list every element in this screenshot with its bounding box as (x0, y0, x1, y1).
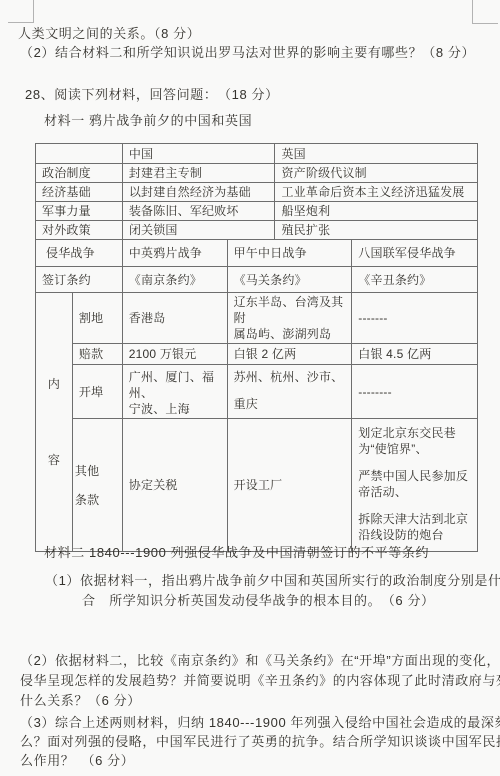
material-2-caption: 材料二 1840---1900 列强侵华战争及中国清朝签订的不平等条约 (44, 543, 429, 563)
table-cell (36, 144, 123, 164)
question-2: （2）依据材料二，比较《南京条约》和《马关条约》在“开埠”方面出现的变化，指出列… (20, 651, 500, 711)
table-row: 内 容 割地 香港岛 辽东半岛、台湾及其附 属岛屿、澎湖列岛 ------- (36, 293, 478, 344)
table-row: 政治制度 封建君主专制 资产阶级代议制 (36, 164, 478, 183)
table-row: 对外政策 闭关锁国 殖民扩张 (36, 221, 478, 240)
question-3: （3）综合上述两则材料，归纳 1840---1900 年列强入侵给中国社会造成的… (20, 713, 500, 770)
table-cell: 割地 (72, 293, 122, 344)
prev-question-tail-line: 人类文明之间的关系。（8 分） (18, 24, 200, 44)
table-cell: 赔款 (72, 344, 122, 365)
table-row: 军事力量 装备陈旧、军纪败坏 船坚炮利 (36, 202, 478, 221)
table-cell: 广州、厦门、福州、 宁波、上海 (122, 365, 227, 419)
table-cell: ------- (352, 293, 478, 344)
table-row: 开埠 广州、厦门、福州、 宁波、上海 苏州、杭州、沙市、 重庆 -------- (36, 365, 478, 419)
question-line: 什么关系？（6 分） (20, 691, 500, 711)
table-cell: 划定北京东交民巷为“使馆界”、 严禁中国人民参加反帝活动、 拆除天津大沽到北京沿… (352, 419, 478, 552)
table-cell: 《辛丑条约》 (352, 267, 478, 293)
table-row: 赔款 2100 万银元 白银 2 亿两 白银 4.5 亿两 (36, 344, 478, 365)
cell-line: 其他 (75, 463, 122, 479)
table-cell: 工业革命后资本主义经济迅猛发展 (275, 183, 478, 202)
page-corner-mark-left (8, 0, 34, 23)
table-cell: 开埠 (72, 365, 122, 419)
table-cell: 签订条约 (36, 267, 123, 293)
table-cell: 苏州、杭州、沙市、 重庆 (227, 365, 352, 419)
table-row: 其他 条款 协定关税 开设工厂 划定北京东交民巷为“使馆界”、 严禁中国人民参加… (36, 419, 478, 552)
table-cell: 香港岛 (122, 293, 227, 344)
content-label-char: 内 (48, 376, 60, 392)
table-cell-content-label: 内 容 (36, 293, 73, 552)
cell-paragraph: 苏州、杭州、沙市、 (234, 369, 350, 385)
page-corner-mark-right (472, 0, 498, 24)
table-cell: 其他 条款 (72, 419, 122, 552)
table-cell: 2100 万银元 (122, 344, 227, 365)
table-cell: 闭关锁国 (122, 221, 275, 240)
table-row: 侵华战争 中英鸦片战争 甲午中日战争 八国联军侵华战争 (36, 240, 478, 267)
table-cell: 以封建自然经济为基础 (122, 183, 275, 202)
cell-paragraph: 拆除天津大沽到北京沿线设防的炮台 (358, 511, 475, 543)
table-cell: 《南京条约》 (122, 267, 227, 293)
table-cell: 资产阶级代议制 (275, 164, 478, 183)
table-cell: 中英鸦片战争 (122, 240, 227, 267)
question-line: 么？面对列强的侵略，中国军民进行了英勇的抗争。结合所学知识谈谈中国军民抗争起到什 (20, 732, 500, 751)
question-line: （2）依据材料二，比较《南京条约》和《马关条约》在“开埠”方面出现的变化，指出列… (20, 651, 500, 671)
question-1: （1）依据材料一，指出鸦片战争前夕中国和英国所实行的政治制度分别是什么？并结 合… (45, 571, 500, 611)
table-row: 中国 英国 (36, 144, 478, 164)
question-line: 合 所学知识分析英国发动侵华战争的根本目的。 （6 分） (82, 591, 500, 611)
table-cell: 中国 (122, 144, 275, 164)
cell-paragraph: 重庆 (234, 396, 350, 412)
materials-table: 中国 英国 政治制度 封建君主专制 资产阶级代议制 经济基础 以封建自然经济为基… (35, 143, 478, 552)
treaty-table: 侵华战争 中英鸦片战争 甲午中日战争 八国联军侵华战争 签订条约 《南京条约》 … (35, 239, 478, 552)
table-cell: 对外政策 (36, 221, 123, 240)
table-cell: 封建君主专制 (122, 164, 275, 183)
table-cell: 白银 2 亿两 (227, 344, 352, 365)
comparison-table: 中国 英国 政治制度 封建君主专制 资产阶级代议制 经济基础 以封建自然经济为基… (35, 143, 478, 240)
table-cell: 船坚炮利 (275, 202, 478, 221)
exam-paper-page: 人类文明之间的关系。（8 分） （2）结合材料二和所学知识说出罗马法对世界的影响… (0, 0, 500, 776)
table-cell: 开设工厂 (227, 419, 352, 552)
prev-question-part2: （2）结合材料二和所学知识说出罗马法对世界的影响主要有哪些？（8 分） (20, 43, 475, 63)
question-line: （3）综合上述两则材料，归纳 1840---1900 年列强入侵给中国社会造成的… (20, 713, 500, 732)
table-cell: 《马关条约》 (227, 267, 352, 293)
cell-paragraph: 严禁中国人民参加反帝活动、 (358, 468, 475, 500)
table-cell: 装备陈旧、军纪败坏 (122, 202, 275, 221)
question-28-heading: 28、阅读下列材料，回答问题： （18 分） (25, 85, 279, 105)
table-cell: 甲午中日战争 (227, 240, 352, 267)
table-cell: 侵华战争 (36, 240, 123, 267)
question-line: 侵华呈现怎样的发展趋势？并简要说明《辛丑条约》的内容体现了此时清政府与列强之间是 (20, 671, 500, 691)
table-cell: 殖民扩张 (275, 221, 478, 240)
question-line: （1）依据材料一，指出鸦片战争前夕中国和英国所实行的政治制度分别是什么？并结 (45, 571, 500, 591)
cell-line: 条款 (75, 492, 122, 508)
cell-paragraph: 划定北京东交民巷为“使馆界”、 (358, 425, 475, 457)
material-1-caption: 材料一 鸦片战争前夕的中国和英国 (44, 111, 252, 131)
table-cell: 经济基础 (36, 183, 123, 202)
table-cell: 英国 (275, 144, 478, 164)
table-cell: 军事力量 (36, 202, 123, 221)
table-cell: 协定关税 (122, 419, 227, 552)
content-label-char: 容 (48, 452, 60, 468)
table-row: 经济基础 以封建自然经济为基础 工业革命后资本主义经济迅猛发展 (36, 183, 478, 202)
table-cell: 八国联军侵华战争 (352, 240, 478, 267)
table-cell: 政治制度 (36, 164, 123, 183)
question-line: 么作用？ （6 分） (20, 751, 500, 770)
table-row: 签订条约 《南京条约》 《马关条约》 《辛丑条约》 (36, 267, 478, 293)
table-cell: 白银 4.5 亿两 (352, 344, 478, 365)
table-cell: 辽东半岛、台湾及其附 属岛屿、澎湖列岛 (227, 293, 352, 344)
table-cell: -------- (352, 365, 478, 419)
